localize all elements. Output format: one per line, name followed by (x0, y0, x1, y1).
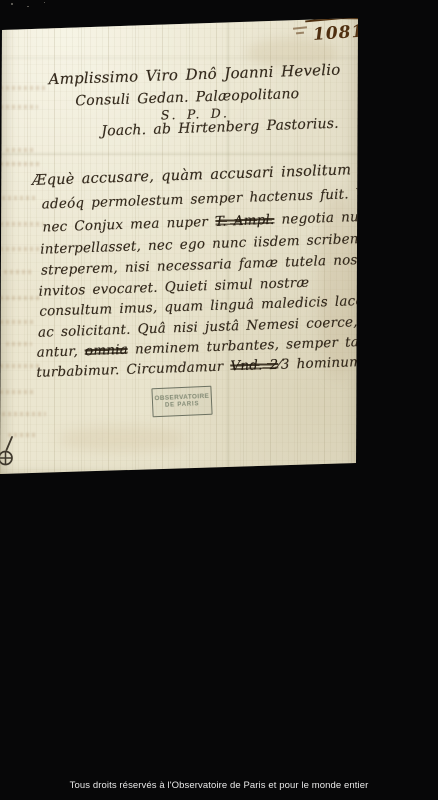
manuscript-text: adeóq permolestum semper hactenus fuit. … (42, 185, 392, 213)
manuscript-text: Æquè accusare, quàm accusari insolitum n… (32, 161, 399, 189)
manuscript-text: Joach. ab Hirtenberg Pastorius. (101, 116, 339, 140)
manuscript-text: antur, (36, 343, 85, 361)
stamp-line-2: DE PARIS (165, 401, 200, 410)
manuscript-paper: 1081. Amplissimo Viro Dnô Joanni Hevelio… (0, 0, 368, 479)
observatoire-stamp: OBSERVATOIRE DE PARIS (151, 386, 212, 418)
manuscript-line: Amplissimo Viro Dnô Joanni Hevelio (48, 61, 340, 89)
footer-caption: Tous droits réservés à l'Observatoire de… (0, 780, 438, 791)
manuscript-line: Æquè accusare, quàm accusari insolitum n… (32, 161, 399, 189)
dust-speck (44, 2, 45, 3)
letter-body: Æquè accusare, quàm accusari insolitum n… (0, 0, 368, 1)
manuscript-text: hominum (289, 354, 362, 372)
letter-header: Amplissimo Viro Dnô Joanni HevelioConsul… (0, 0, 368, 1)
orb-cross-mark-icon (0, 434, 20, 472)
manuscript-text: turbabimur. Circumdamur (36, 358, 231, 380)
manuscript-text: nec Conjux mea nuper (42, 214, 215, 236)
manuscript-line: adeóq permolestum semper hactenus fuit. … (42, 185, 392, 213)
struck-word: T. Ampl. (215, 212, 275, 230)
manuscript-scan: 1081. Amplissimo Viro Dnô Joanni Hevelio… (0, 0, 438, 800)
manuscript-text: Amplissimo Viro Dnô Joanni Hevelio (48, 61, 340, 89)
struck-word: omnia (85, 342, 129, 359)
dust-speck (27, 6, 29, 7)
struck-word: Vnd. 2 (230, 357, 278, 375)
manuscript-line: Joach. ab Hirtenberg Pastorius. (101, 116, 339, 140)
dust-speck (11, 3, 13, 5)
manuscript-text: negotia nuper (274, 208, 383, 228)
